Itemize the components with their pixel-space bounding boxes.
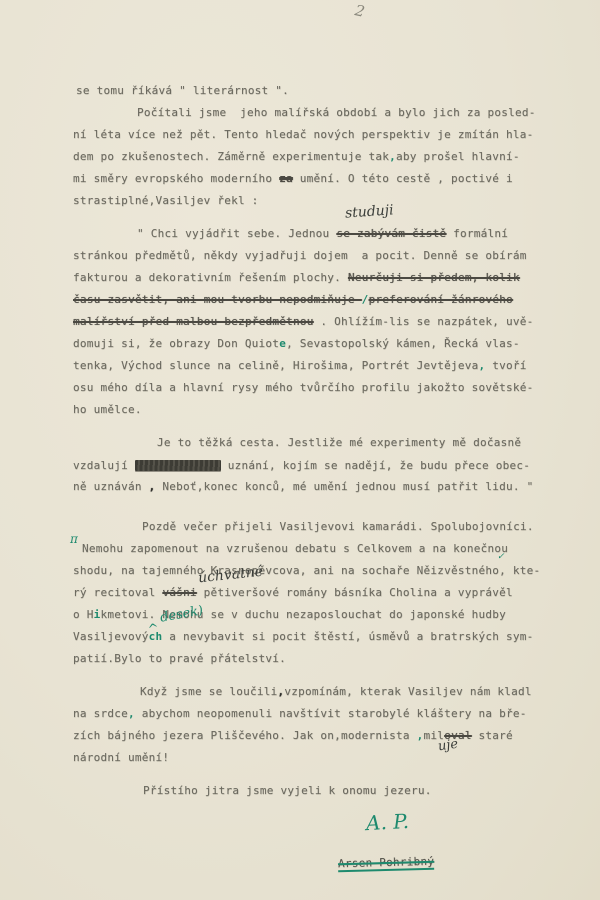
text-line: rý recitoval vášni pětiveršové romány bá… [73, 586, 513, 599]
text-line: na srdce, abychom neopomenuli navštívit … [73, 707, 527, 720]
text-line: Je to těžká cesta. Jestliže mé experimen… [157, 436, 521, 449]
text-line: ně uznáván , Neboť,konec konců, mé umění… [73, 480, 533, 493]
insert-word-studuji: studuji [345, 202, 395, 221]
text-segment: Počítali jsme jeho malířská období a byl… [137, 106, 536, 119]
text-segment: domuji si, že obrazy Don Quiot [73, 337, 279, 350]
text-segment: Neurčuji si předem, kolik [348, 271, 520, 284]
text-line: Počítali jsme jeho malířská období a byl… [137, 106, 536, 119]
text-line: " Chci vyjádřit sebe. Jednou se zabývám … [137, 227, 508, 240]
blackout-redaction [135, 460, 221, 471]
text-segment: se zabývám čistě [336, 227, 446, 240]
insert-word-uje: uje [437, 737, 459, 755]
text-segment: dem po zkušenostech. Záměrně experimentu… [73, 150, 389, 163]
text-segment: osu mého díla a hlavní rysy mého tvůrčíh… [73, 381, 533, 394]
text-line: Když jsme se loučili,vzpomínám, kterak V… [140, 685, 532, 698]
text-segment: tvoří [485, 359, 526, 372]
text-segment: . Ohlížím-lis se nazpátek, uvě- [314, 315, 534, 328]
text-segment: Když jsme se loučili [140, 685, 277, 698]
text-segment: Arsen Pohribný [338, 855, 435, 873]
text-line: stránkou předmětů, někdy vyjadřuji dojem… [73, 249, 527, 262]
typewritten-page: se tomu říkává " literárnost ".Počítali … [0, 0, 600, 900]
text-segment: ho umělce. [73, 403, 142, 416]
text-segment: vzdalují [73, 459, 135, 472]
text-line: ho umělce. [73, 403, 142, 416]
text-line: Vasiljevových a nevybavit si pocit štěst… [73, 630, 533, 643]
proofread-check-mark: ✓ [497, 552, 505, 562]
text-line: shodu, na tajemného Krasnopěvcova, ani n… [73, 564, 540, 577]
text-line: mi směry evropského moderního za umění. … [73, 172, 513, 185]
text-segment: Neboť,konec konců, mé umění jednou musí … [155, 480, 533, 493]
text-segment: uznání, kojím se nadějí, že budu přece o… [221, 459, 530, 472]
text-segment: pětiveršové romány básníka Cholina a vyp… [197, 586, 513, 599]
text-segment: vášni [162, 586, 196, 599]
text-segment: , [389, 150, 396, 163]
text-line: dem po zkušenostech. Záměrně experimentu… [73, 150, 520, 163]
text-segment: na srdce [73, 707, 128, 720]
text-segment: rý recitoval [73, 586, 162, 599]
text-line: osu mého díla a hlavní rysy mého tvůrčíh… [73, 381, 533, 394]
text-segment: Přístího jitra jsme vyjeli k onomu jezer… [143, 784, 432, 797]
text-segment: abychom neopomenuli navštívit starobylé … [135, 707, 527, 720]
text-segment: aby prošel hlavní- [396, 150, 520, 163]
text-segment: " Chci vyjádřit sebe. Jednou [137, 227, 336, 240]
text-segment: Je to těžká cesta. Jestliže mé experimen… [157, 436, 521, 449]
text-segment: národní umění! [73, 751, 169, 764]
text-segment: strastiplné,Vasiljev řekl : [73, 194, 259, 207]
text-segment: se tomu říkává " literárnost ". [76, 84, 289, 97]
text-line: patií.Bylo to pravé přátelství. [73, 652, 286, 665]
text-segment: ní léta více než pět. Tento hledač novýc… [73, 128, 533, 141]
text-line: Arsen Pohribný [338, 856, 434, 871]
text-line: národní umění! [73, 751, 169, 764]
text-segment: formální [446, 227, 508, 240]
text-segment: mi směry evropského moderního [73, 172, 279, 185]
signature-initials: A. P. [365, 809, 409, 835]
text-segment: stránkou předmětů, někdy vyjadřuji dojem… [73, 249, 527, 262]
text-segment: vzpomínám, kterak Vasiljev nám kladl [284, 685, 531, 698]
text-line: Přístího jitra jsme vyjeli k onomu jezer… [143, 784, 432, 797]
text-segment: preferování žánrového [369, 293, 513, 306]
paragraph-mark: π [70, 532, 78, 546]
text-line: strastiplné,Vasiljev řekl : [73, 194, 259, 207]
text-segment: za [279, 172, 293, 185]
text-segment: i [94, 608, 101, 621]
text-segment: a nevybavit si pocit štěstí, úsměvů a br… [162, 630, 533, 643]
text-line: Pozdě večer přijeli Vasiljevovi kamarádi… [142, 520, 534, 533]
text-segment: o H [73, 608, 94, 621]
text-segment: času zasvětit, ani mou tvorbu nepodmiňuj… [73, 293, 362, 306]
text-line: času zasvětit, ani mou tvorbu nepodmiňuj… [73, 293, 513, 306]
text-segment: , Sevastopolský kámen, Řecká vlas- [286, 337, 520, 350]
text-segment: , [128, 707, 135, 720]
text-line: o Hikmetovi. Nemohu se v duchu nezaposlo… [73, 608, 506, 621]
text-line: domuji si, že obrazy Don Quiote, Sevasto… [73, 337, 520, 350]
page-number-handwritten: 2 [353, 1, 366, 21]
text-segment: / [362, 293, 369, 306]
text-segment: , [417, 729, 424, 742]
text-line: malířství před malbou bezpředmětnou . Oh… [73, 315, 533, 328]
insert-caret: ^ [147, 621, 160, 638]
text-segment: Vasiljevový [73, 630, 149, 643]
text-segment: shodu, na tajemného Krasnopěvcova, ani n… [73, 564, 540, 577]
text-line: se tomu říkává " literárnost ". [76, 84, 289, 97]
text-segment: zích bájného jezera Pliščevého. Jak on,m… [73, 729, 417, 742]
text-segment: umění. O této cestě , poctivé i [293, 172, 513, 185]
text-segment: fakturou a dekorativním řešením plochy. [73, 271, 348, 284]
text-line: tenka, Východ slunce na celině, Hirošima… [73, 359, 527, 372]
text-line: Nemohu zapomenout na vzrušenou debatu s … [82, 542, 508, 555]
text-segment: tenka, Východ slunce na celině, Hirošima… [73, 359, 478, 372]
text-segment: Pozdě večer přijeli Vasiljevovi kamarádi… [142, 520, 534, 533]
text-segment: malířství před malbou bezpředmětnou [73, 315, 314, 328]
insert-word-desek: desek) [159, 603, 204, 625]
text-segment: staré [472, 729, 513, 742]
text-segment: patií.Bylo to pravé přátelství. [73, 652, 286, 665]
text-segment: ně uznáván [73, 480, 149, 493]
text-line: fakturou a dekorativním řešením plochy. … [73, 271, 520, 284]
text-segment: Nemohu zapomenout na vzrušenou debatu s … [82, 542, 508, 555]
text-line: vzdalují uznání, kojím se nadějí, že bud… [73, 458, 530, 472]
text-line: ní léta více než pět. Tento hledač novýc… [73, 128, 533, 141]
